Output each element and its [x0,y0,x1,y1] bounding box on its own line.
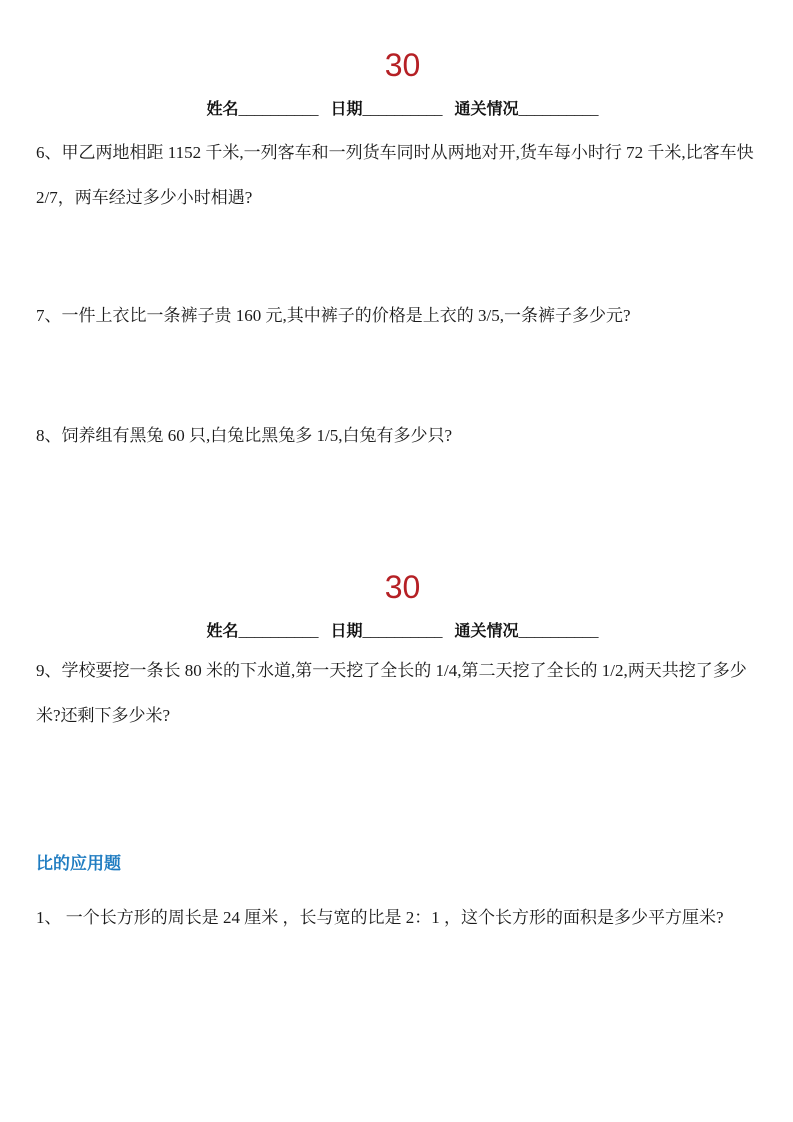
pass-status-field: 通关情况__________ [455,620,599,644]
ratio-problem-1-text: 1、 一个长方形的周长是 24 厘米 ，长与宽的比是 2：1 ，这个长方形的面积… [36,895,769,940]
date-field: 日期__________ [330,620,442,644]
pass-status-blank-line: __________ [519,620,599,644]
date-blank-line: __________ [363,620,443,644]
pass-status-blank-line: __________ [519,98,599,122]
name-blank-line: __________ [238,620,318,644]
pass-status-field: 通关情况__________ [455,98,599,122]
section-2: 30 姓名__________ 日期__________ 通关情况_______… [36,568,769,940]
name-field-label: 姓名 [206,620,238,644]
problem-6-text: 6、甲乙两地相距 1152 千米,一列客车和一列货车同时从两地对开,货车每小时行… [36,130,769,220]
info-fields-row: 姓名__________ 日期__________ 通关情况__________ [36,620,769,644]
problem-8-text: 8、饲养组有黑兔 60 只,白兔比黑兔多 1/5,白兔有多少只? [36,413,769,458]
name-blank-line: __________ [238,98,318,122]
date-field-label: 日期 [330,620,362,644]
date-blank-line: __________ [363,98,443,122]
name-field: 姓名__________ [206,620,318,644]
ratio-problems-subheading: 比的应用题 [36,850,769,878]
problem-7-text: 7、一件上衣比一条裤子贵 160 元,其中裤子的价格是上衣的 3/5,一条裤子多… [36,293,769,338]
name-field: 姓名__________ [206,98,318,122]
info-fields-row: 姓名__________ 日期__________ 通关情况__________ [36,98,769,122]
section-score-header: 30 [36,46,769,84]
pass-status-field-label: 通关情况 [455,98,519,122]
problem-9-text: 9、学校要挖一条长 80 米的下水道,第一天挖了全长的 1/4,第二天挖了全长的… [36,648,769,738]
section-1: 30 姓名__________ 日期__________ 通关情况_______… [36,46,769,458]
section-score-header: 30 [36,568,769,606]
date-field-label: 日期 [330,98,362,122]
worksheet-page: 30 姓名__________ 日期__________ 通关情况_______… [0,0,793,1122]
date-field: 日期__________ [330,98,442,122]
pass-status-field-label: 通关情况 [455,620,519,644]
name-field-label: 姓名 [206,98,238,122]
